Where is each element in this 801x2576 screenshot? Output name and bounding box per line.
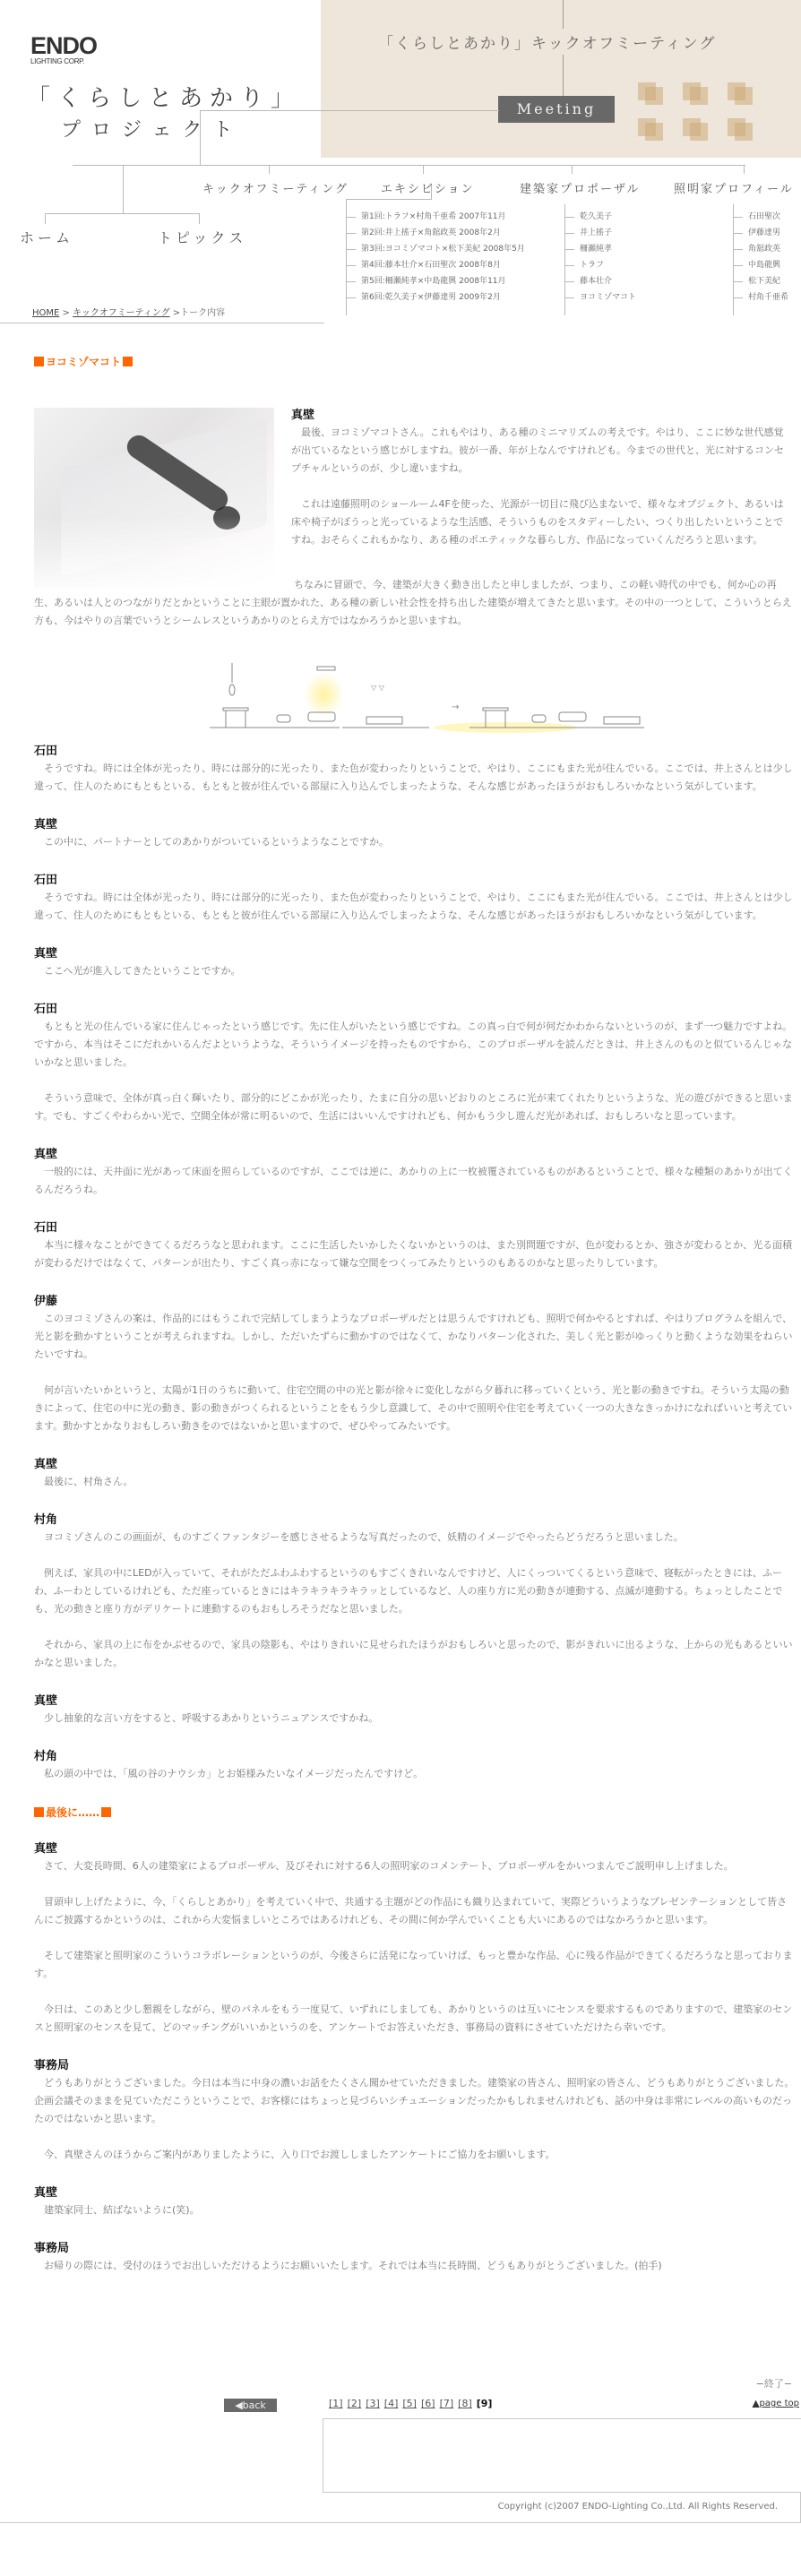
architect-item[interactable]: 柵瀬純孝 — [565, 241, 636, 257]
dialog-text: そうですね。時には全体が光ったり、時には部分的に光ったり、また色が変わったりとい… — [34, 889, 796, 925]
tree-line — [572, 165, 573, 174]
project-title: 「くらしとあかり」 プロジェクト — [27, 82, 301, 147]
exhibition-item[interactable]: 第5回:柵瀬純孝×中島龍興 2008年11月 — [347, 273, 525, 289]
tree-line — [744, 165, 745, 174]
dialog-text: このヨコミゾさんの案は、作品的にはもうこれで完結してしまうようなプロポーザルだと… — [34, 1310, 796, 1364]
lighting-item[interactable]: 松下美紀 — [734, 273, 788, 289]
svg-text:→: → — [452, 702, 459, 712]
end-mark: −終了− — [756, 2376, 792, 2391]
section-heading: ヨコミゾマコト — [34, 354, 796, 369]
breadcrumb-current: トーク内容 — [180, 308, 225, 318]
section-title: ヨコミゾマコト — [46, 354, 121, 369]
meeting-badge: Meeting — [498, 96, 615, 123]
nav-architect-proposal[interactable]: 建築家プロポーザル — [520, 179, 640, 196]
lighting-item[interactable]: 伊藤達男 — [734, 225, 788, 241]
breadcrumb-home[interactable]: HOME — [32, 308, 59, 318]
lighting-sketch-illustration: ▽ ▽ → — [210, 663, 702, 735]
decorative-squares-icon — [638, 82, 763, 143]
tree-line — [45, 213, 46, 224]
speaker-name: 真壁 — [34, 946, 796, 962]
orange-square-icon — [101, 1807, 111, 1817]
dialog-text: そうですね。時には全体が光ったり、時には部分的に光ったり、また色が変わったりとい… — [34, 760, 796, 796]
dialog-text: 少し抽象的な言い方をすると、呼吸するあかりというニュアンスですかね。 — [34, 1710, 796, 1727]
page-link-8[interactable]: [8] — [458, 2398, 472, 2409]
dialog-text: そして建築家と照明家のこういうコラボレーションというのが、今後さらに活発になって… — [34, 1947, 796, 1983]
dialog-text: 今、真壁さんのほうからご案内がありましたように、入り口でお渡ししましたアンケート… — [34, 2146, 796, 2164]
lighting-item[interactable]: 中島龍興 — [734, 257, 788, 273]
lighting-item[interactable]: 角舘政英 — [734, 241, 788, 257]
intro-dialog: 真壁 最後、ヨコミゾマコトさん。これもやはり、ある種のミニマリズムの考えです。や… — [291, 408, 793, 549]
breadcrumb-separator: > — [170, 308, 181, 318]
speaker-name: 真壁 — [34, 1841, 796, 1857]
breadcrumb-separator: > — [59, 308, 73, 318]
speaker-name: 事務局 — [34, 2241, 796, 2257]
talk-transcript: 石田 そうですね。時には全体が光ったり、時には部分的に光ったり、また色が変わった… — [34, 744, 796, 2275]
dialog-text: 例えば、家具の中にLEDが入っていて、それがただふわふわするというのもすごくきれ… — [34, 1564, 796, 1618]
architect-item[interactable]: 藤本壮介 — [565, 273, 636, 289]
project-title-line2: プロジェクト — [27, 115, 301, 147]
tree-line — [346, 199, 431, 200]
current-page: [9] — [477, 2398, 493, 2409]
back-label: back — [243, 2399, 266, 2411]
tree-line — [200, 110, 201, 166]
dialog-text: 何が言いたいかというと、太陽が1日のうちに動いて、住宅空間の中の光と影が徐々に変… — [34, 1382, 796, 1435]
dialog-text: これは遠藤照明のショールーム4Fを使った、光源が一切目に飛び込まないで、様々なオ… — [291, 495, 793, 549]
pagination: [1] [2] [3] [4] [5] [6] [7] [8] [9] — [329, 2398, 492, 2409]
page-link-6[interactable]: [6] — [421, 2398, 435, 2409]
speaker-name: 伊藤 — [34, 1294, 796, 1310]
dialog-text: さて、大変長時間、6人の建築家によるプロポーザル、及びそれに対する6人の照明家の… — [34, 1857, 796, 1875]
architect-item[interactable]: 乾久美子 — [565, 209, 636, 225]
tree-line — [269, 165, 270, 174]
dialog-text: 冒頭申し上げたように、今、「くらしとあかり」を考えていく中で、共通する主題がどの… — [34, 1893, 796, 1929]
nav-kickoff[interactable]: キックオフミーティング — [202, 179, 349, 196]
speaker-name: 石田 — [34, 1002, 796, 1018]
architect-submenu: 乾久美子 井上搖子 柵瀬純孝 トラフ 藤本壮介 ヨコミゾマコト — [565, 209, 636, 306]
dialog-text: 私の頭の中では、「風の谷のナウシカ」とお姫様みたいなイメージだったんですけど。 — [34, 1765, 796, 1783]
page-top-link[interactable]: ▲page top — [753, 2399, 799, 2408]
dialog-text: 今日は、このあと少し懇親をしながら、壁のパネルをもう一度見て、いずれにしましても… — [34, 2001, 796, 2037]
exhibition-item[interactable]: 第1回:トラフ×村角千亜希 2007年11月 — [347, 209, 525, 225]
page-top-label: page top — [759, 2399, 799, 2408]
dialog-text: ヨコミゾさんのこの画面が、ものすごくファンタジーを感じさせるような写真だったので… — [34, 1529, 796, 1546]
site-header: 「くらしとあかり」キックオフミーティング Meeting ENDO LIGHTI… — [0, 0, 801, 323]
tree-line — [199, 213, 200, 224]
speaker-name: 真壁 — [291, 408, 793, 424]
dialog-text: そういう意味で、全体が真っ白く輝いたり、部分的にどこかが光ったり、たまに自分の思… — [34, 1090, 796, 1125]
speaker-name: 真壁 — [34, 1457, 796, 1473]
orange-square-icon — [123, 357, 133, 366]
logo-wordmark: ENDO — [30, 34, 97, 57]
architect-item[interactable]: 井上搖子 — [565, 225, 636, 241]
tree-line — [45, 213, 199, 214]
speaker-name: 村角 — [34, 1512, 796, 1529]
breadcrumb-kickoff[interactable]: キックオフミーティング — [73, 308, 170, 318]
tree-line — [200, 110, 499, 111]
page-link-3[interactable]: [3] — [366, 2398, 380, 2409]
nav-lighting-profile[interactable]: 照明家プロフィール — [674, 179, 794, 196]
tree-line — [423, 165, 424, 174]
speaker-name: 真壁 — [34, 1693, 796, 1710]
hero-title: 「くらしとあかり」キックオフミーティング — [378, 29, 716, 55]
lighting-item[interactable]: 村角千亜希 — [734, 289, 788, 306]
tree-line — [123, 165, 124, 213]
orange-square-icon — [34, 1807, 44, 1817]
exhibition-item[interactable]: 第2回:井上搖子×角舘政英 2008年2月 — [347, 225, 525, 241]
breadcrumb-divider — [0, 323, 324, 323]
architect-item[interactable]: トラフ — [565, 257, 636, 273]
footer-box — [323, 2418, 801, 2493]
exhibition-item[interactable]: 第3回:ヨコミゾマコト×松下美紀 2008年5月 — [347, 241, 525, 257]
dialog-text: どうもありがとうございました。今日は本当に中身の濃いお話をたくさん聞かせていただ… — [34, 2074, 796, 2128]
section-title: 最後に…… — [46, 1805, 99, 1820]
project-title-line1: 「くらしとあかり」 — [27, 85, 301, 112]
dialog-text: 一般的には、天井面に光があって床面を照らしているのですが、ここでは逆に、あかりの… — [34, 1163, 796, 1199]
speaker-name: 石田 — [34, 744, 796, 760]
back-button[interactable]: ◀back — [224, 2399, 277, 2412]
exhibition-item[interactable]: 第4回:藤本壮介×石田聖次 2008年8月 — [347, 257, 525, 273]
nav-home[interactable]: ホーム — [20, 227, 73, 247]
dialog-text: 最後、ヨコミゾマコトさん。これもやはり、ある種のミニマリズムの考えです。やはり、… — [291, 424, 793, 478]
dialog-text: 本当に様々なことができてくるだろうなと思われます。ここに生活したいかしたくないか… — [34, 1236, 796, 1272]
lighting-submenu: 石田聖次 伊藤達男 角舘政英 中島龍興 松下美紀 村角千亜希 — [734, 209, 788, 306]
page-link-1[interactable]: [1] — [329, 2398, 343, 2409]
breadcrumb: HOME > キックオフミーティング >トーク内容 — [32, 305, 225, 318]
dialog-text: それから、家具の上に布をかぶせるので、家具の陰影も、やはりきれいに見せられたほう… — [34, 1636, 796, 1672]
dialog-text: この中に、パートナーとしてのあかりがついているというようなことですか。 — [34, 833, 796, 851]
lighting-item[interactable]: 石田聖次 — [734, 209, 788, 225]
tree-line — [123, 165, 745, 166]
svg-text:▽ ▽: ▽ ▽ — [371, 684, 385, 692]
section-yokomizo: ヨコミゾマコト 真壁 最後、ヨコミゾマコトさん。これもやはり、ある種のミニマリズ… — [34, 354, 796, 369]
nav-exhibition[interactable]: エキシビション — [381, 179, 475, 196]
page-link-5[interactable]: [5] — [402, 2398, 417, 2409]
dialog-text: 建築家同士、結ばないように(笑)。 — [34, 2201, 796, 2219]
orange-square-icon — [34, 357, 44, 366]
speaker-name: 真壁 — [34, 2185, 796, 2201]
page-link-4[interactable]: [4] — [384, 2398, 399, 2409]
speaker-name: 村角 — [34, 1749, 796, 1765]
page-link-7[interactable]: [7] — [440, 2398, 454, 2409]
dialog-text: 最後に、村角さん。 — [34, 1473, 796, 1491]
section-heading: 最後に…… — [34, 1805, 796, 1820]
dialog-text: ここへ光が進入してきたということですか。 — [34, 962, 796, 980]
endo-logo[interactable]: ENDO LIGHTING CORP. — [30, 34, 97, 65]
speaker-name: 真壁 — [34, 817, 796, 833]
page-link-2[interactable]: [2] — [348, 2398, 362, 2409]
dialog-text: お帰りの際には、受付のほうでお出しいただけるようにお願いいたします。それでは本当… — [34, 2257, 796, 2275]
nav-topics[interactable]: トピックス — [158, 227, 246, 247]
copyright: Copyright (c)2007 ENDO-Lighting Co.,Ltd.… — [498, 2502, 778, 2511]
speaker-name: 石田 — [34, 1220, 796, 1236]
exhibition-submenu: 第1回:トラフ×村角千亜希 2007年11月 第2回:井上搖子×角舘政英 200… — [347, 209, 525, 306]
architect-item[interactable]: ヨコミゾマコト — [565, 289, 636, 306]
speaker-name: 石田 — [34, 873, 796, 889]
exhibition-item[interactable]: 第6回:乾久美子×伊藤達男 2009年2月 — [347, 289, 525, 306]
proposal-photo — [34, 408, 274, 589]
speaker-name: 事務局 — [34, 2058, 796, 2074]
back-arrow-icon: ◀ — [235, 2399, 242, 2411]
dialog-text: ちなみに冒頭で、今、建築が大きく動き出したと申しましたが、つまり、この軽い時代の… — [34, 576, 796, 630]
dialog-text: もともと光の住んでいる家に住んじゃったという感じです。先に住人がいたという感じで… — [34, 1018, 796, 1072]
intro-continued: ちなみに冒頭で、今、建築が大きく動き出したと申しましたが、つまり、この軽い時代の… — [34, 576, 796, 630]
speaker-name: 真壁 — [34, 1147, 796, 1163]
